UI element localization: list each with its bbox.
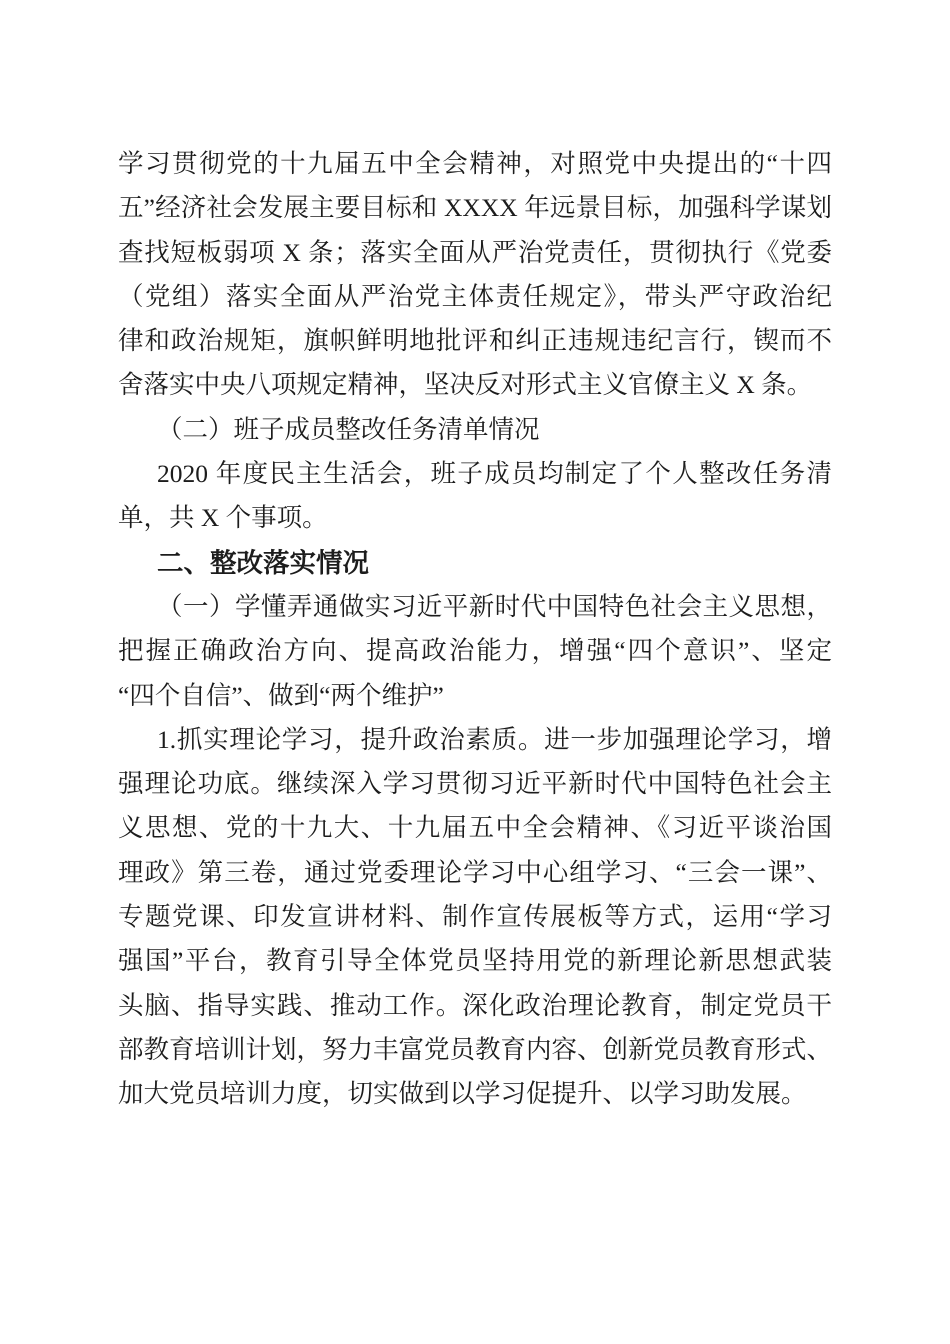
text-line: 学习贯彻党的十九届五中全会精神，对照党中央提出的“十四 <box>118 142 832 186</box>
subheading-yi: （一）学懂弄通做实习近平新时代中国特色社会主义思想， 把握正确政治方向、提高政治… <box>118 585 832 718</box>
text-line: 舍落实中央八项规定精神，坚决反对形式主义官僚主义 X 条。 <box>118 363 832 407</box>
section-heading: 二、整改落实情况 <box>118 541 832 585</box>
text-line: 1.抓实理论学习，提升政治素质。进一步加强理论学习，增 <box>118 718 832 762</box>
paragraph-body-item-1: 1.抓实理论学习，提升政治素质。进一步加强理论学习，增 强理论功底。继续深入学习… <box>118 718 832 1117</box>
text-line: 头脑、指导实践、推动工作。深化政治理论教育，制定党员干 <box>118 984 832 1028</box>
text-line: 律和政治规矩，旗帜鲜明地批评和纠正违规违纪言行，锲而不 <box>118 319 832 363</box>
subheading-text: （二）班子成员整改任务清单情况 <box>118 408 832 452</box>
text-line: 单，共 X 个事项。 <box>118 496 832 540</box>
text-line: 强理论功底。继续深入学习贯彻习近平新时代中国特色社会主 <box>118 762 832 806</box>
paragraph-body-continuation: 学习贯彻党的十九届五中全会精神，对照党中央提出的“十四 五”经济社会发展主要目标… <box>118 142 832 408</box>
text-line: 加大党员培训力度，切实做到以学习促提升、以学习助发展。 <box>118 1072 832 1116</box>
section-heading-text: 二、整改落实情况 <box>118 541 832 585</box>
text-line: 部教育培训计划，努力丰富党员教育内容、创新党员教育形式、 <box>118 1028 832 1072</box>
text-line: 理政》第三卷，通过党委理论学习中心组学习、“三会一课”、 <box>118 851 832 895</box>
subheading-text: 把握正确政治方向、提高政治能力，增强“四个意识”、坚定 <box>118 629 832 673</box>
document-page: 学习贯彻党的十九届五中全会精神，对照党中央提出的“十四 五”经济社会发展主要目标… <box>0 0 950 1344</box>
text-line: （党组）落实全面从严治党主体责任规定》，带头严守政治纪 <box>118 275 832 319</box>
subheading-er: （二）班子成员整改任务清单情况 <box>118 408 832 452</box>
paragraph-body: 2020 年度民主生活会，班子成员均制定了个人整改任务清 单，共 X 个事项。 <box>118 452 832 541</box>
subheading-text: （一）学懂弄通做实习近平新时代中国特色社会主义思想， <box>118 585 832 629</box>
text-line: 查找短板弱项 X 条；落实全面从严治党责任，贯彻执行《党委 <box>118 231 832 275</box>
text-line: 专题党课、印发宣讲材料、制作宣传展板等方式，运用“学习 <box>118 895 832 939</box>
text-line: 义思想、党的十九大、十九届五中全会精神、《习近平谈治国 <box>118 806 832 850</box>
subheading-text: “四个自信”、做到“两个维护” <box>118 674 832 718</box>
text-line: 2020 年度民主生活会，班子成员均制定了个人整改任务清 <box>118 452 832 496</box>
text-line: 强国”平台，教育引导全体党员坚持用党的新理论新思想武装 <box>118 939 832 983</box>
text-line: 五”经济社会发展主要目标和 XXXX 年远景目标，加强科学谋划 <box>118 186 832 230</box>
